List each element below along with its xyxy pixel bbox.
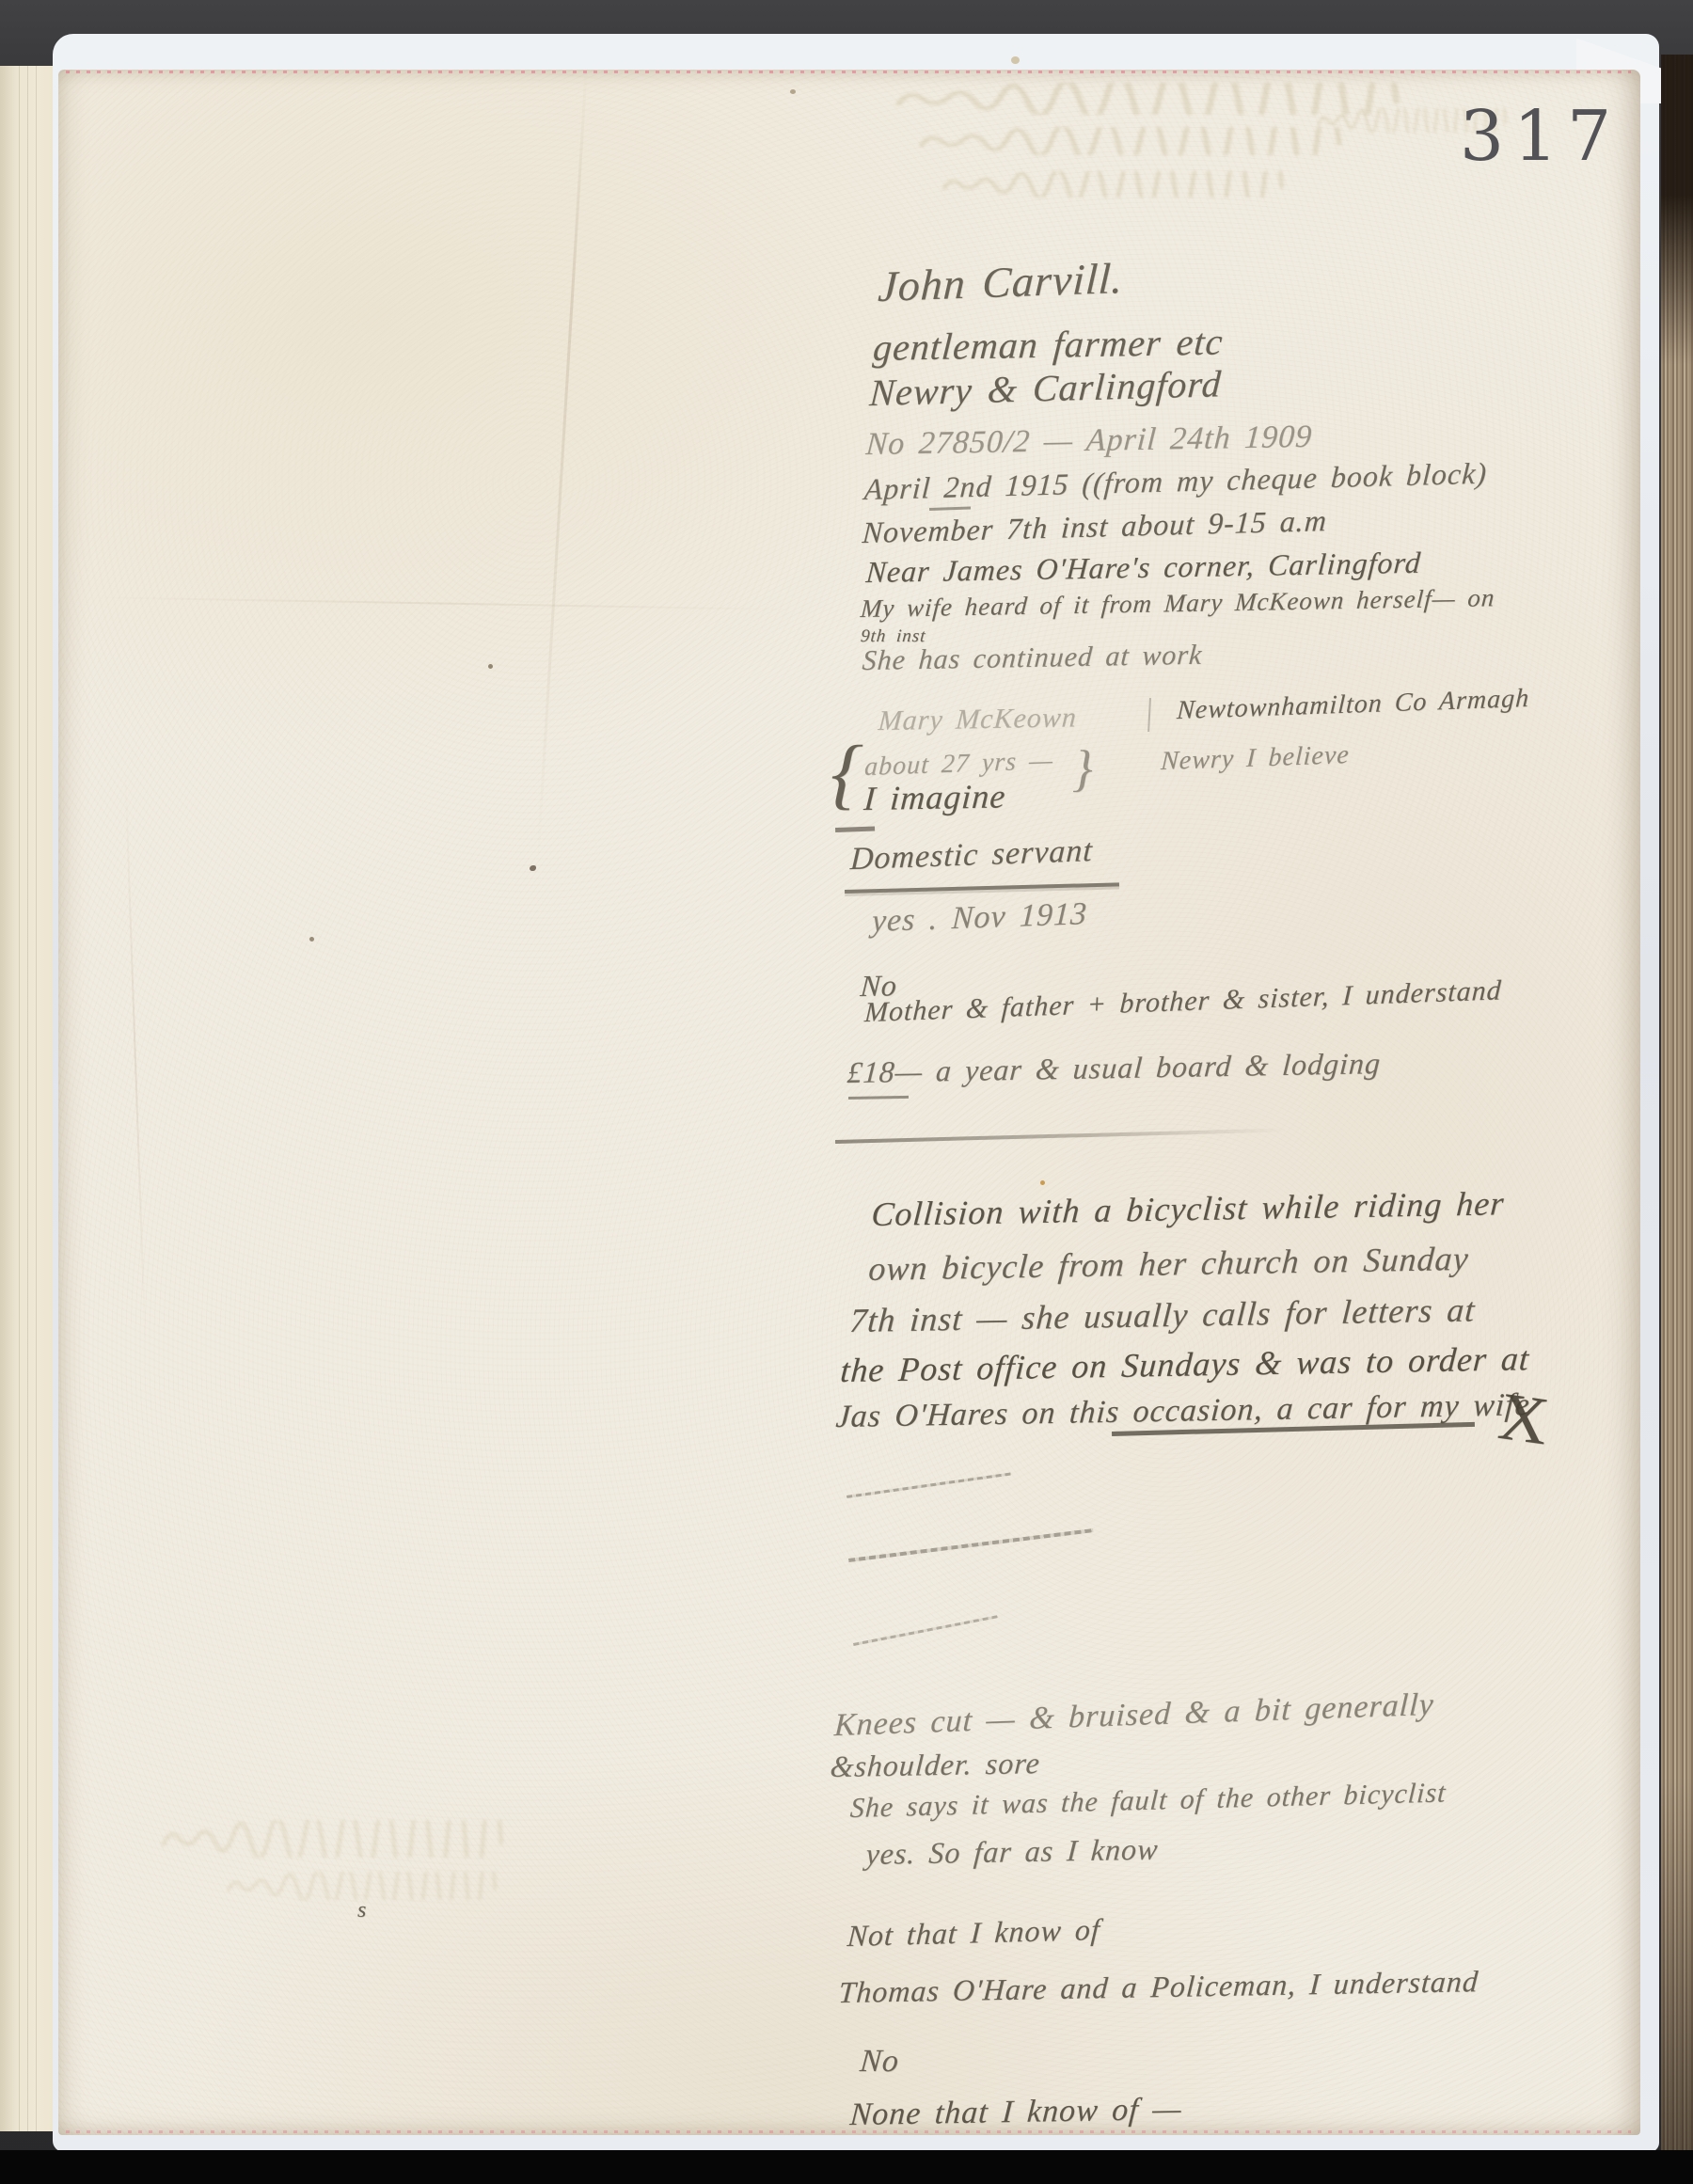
hw-address: Newry & Carlingford: [868, 361, 1223, 415]
hw-accident-5: Jas O'Hares on this occasion, a car for …: [834, 1387, 1531, 1435]
hw-family: Mother & father + brother & sister, I un…: [863, 974, 1502, 1029]
underline-wages: [848, 1096, 909, 1100]
bleedthrough-mark: [160, 1820, 517, 1858]
underline-2nd: [929, 506, 971, 511]
hw-age-brace-close: }: [1072, 739, 1094, 798]
hw-x-mark: X: [1494, 1377, 1554, 1462]
hw-renewal: April 2nd 1915 ((from my cheque book blo…: [863, 456, 1488, 507]
hw-injury-1: Knees cut — & bruised & a bit generally: [833, 1687, 1435, 1744]
blank-rule-2: [848, 1528, 1094, 1562]
brace-tick: [1147, 698, 1151, 732]
hw-claimant-address: Newtownhamilton Co Armagh: [1176, 684, 1530, 726]
hw-name: John Carvill.: [877, 253, 1124, 311]
hw-witnesses: Thomas O'Hare and a Policeman, I underst…: [837, 1964, 1479, 2010]
hw-wages: £18— a year & usual board & lodging: [846, 1046, 1382, 1090]
margin-mark: s: [357, 1898, 367, 1923]
foxing-dot: [1011, 56, 1020, 64]
hw-claimant: Mary McKeown: [878, 702, 1078, 737]
hw-occupation2: Domestic servant: [849, 833, 1094, 878]
hw-birthplace: Newry I believe: [1160, 740, 1350, 777]
hw-policy: No 27850/2 — April 24th 1909: [864, 419, 1313, 463]
hw-answer-yes: yes. So far as I know: [864, 1832, 1159, 1872]
hw-none-known: None that I know of —: [848, 2092, 1183, 2133]
hw-service: yes . Nov 1913: [871, 896, 1088, 940]
bleedthrough-mark: [917, 127, 1359, 155]
foxing-dot: [1040, 1180, 1045, 1185]
ink-speck: [530, 865, 536, 871]
hw-injury-2: &shoulder. sore: [829, 1746, 1041, 1784]
scanned-book-page: 317 s John Carvill. gentleman farmer etc…: [0, 0, 1693, 2184]
underline-imagine: [835, 827, 875, 832]
bleedthrough-mark: [226, 1872, 508, 1900]
hw-fault: She says it was the fault of the other b…: [849, 1777, 1448, 1825]
manuscript-page: 317 s John Carvill. gentleman farmer etc…: [58, 70, 1640, 2135]
blank-rule-3: [853, 1615, 998, 1646]
hw-answer-no-2: No: [859, 2044, 901, 2080]
paper-crease: [124, 766, 147, 1349]
hw-accident-4: the Post office on Sundays & was to orde…: [839, 1338, 1530, 1390]
underline-domestic: [845, 882, 1119, 894]
hw-place: Near James O'Hare's corner, Carlingford: [864, 546, 1422, 590]
separator-rule: [835, 1128, 1287, 1144]
pink-ruled-edge-top: [66, 71, 1631, 73]
hw-not-that: Not that I know of: [846, 1912, 1101, 1954]
blank-rule-1: [846, 1473, 1011, 1498]
ink-speck: [309, 937, 314, 942]
hw-brace-left: {: [830, 728, 865, 819]
hw-accident-2: own bicycle from her church on Sunday: [867, 1239, 1470, 1289]
paper-crease: [87, 596, 801, 610]
hw-accident-3: 7th inst — she usually calls for letters…: [848, 1290, 1477, 1340]
paper-crease: [536, 65, 588, 863]
page-number-stamp: 317: [1460, 96, 1621, 177]
ink-speck: [790, 89, 796, 94]
hw-imagine: I imagine: [862, 776, 1007, 818]
bleedthrough-mark: [941, 171, 1298, 198]
hw-accident-1: Collision with a bicyclist while riding …: [870, 1183, 1506, 1234]
scan-black-margin: [0, 2150, 1693, 2184]
hw-continued: She has continued at work: [862, 640, 1204, 677]
hw-heard: My wife heard of it from Mary McKeown he…: [860, 583, 1496, 624]
book-fore-edge: [1661, 55, 1693, 2154]
ink-speck: [488, 664, 493, 669]
